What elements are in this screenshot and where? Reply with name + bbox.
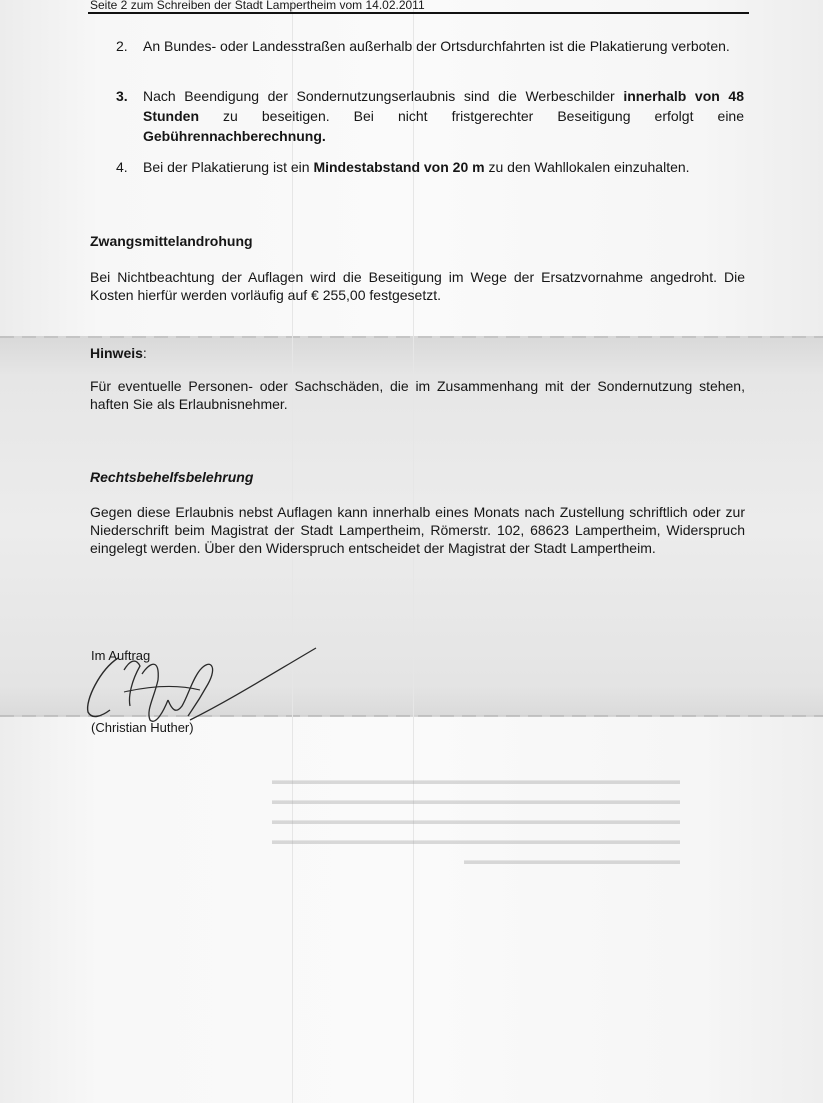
section-body-hinweis: Für eventuelle Personen- oder Sachschäde… bbox=[90, 377, 745, 413]
list-item-2: 2. An Bundes- oder Landesstraßen außerha… bbox=[116, 36, 744, 56]
section-heading-zwangsmittelandrohung: Zwangsmittelandrohung bbox=[90, 232, 253, 250]
fold-crease-upper bbox=[0, 336, 823, 338]
page-header: Seite 2 zum Schreiben der Stadt Lamperth… bbox=[90, 0, 750, 12]
item-number: 3. bbox=[116, 86, 128, 106]
item-text: Bei der Plakatierung ist ein Mindestabst… bbox=[143, 157, 744, 177]
section-heading-hinweis: Hinweis: bbox=[90, 344, 147, 362]
list-item-3: 3. Nach Beendigung der Sondernutzungserl… bbox=[116, 86, 744, 146]
section-heading-rechtsbehelfsbelehrung: Rechtsbehelfsbelehrung bbox=[90, 468, 253, 486]
signatory-name: (Christian Huther) bbox=[91, 720, 194, 736]
bleed-through-decoration: ▬▬▬▬▬▬▬▬▬▬▬▬▬▬▬▬▬▬▬▬▬▬▬▬▬▬▬▬▬▬▬▬▬▬▬▬▬▬▬▬… bbox=[70, 770, 680, 870]
item-text: An Bundes- oder Landesstraßen außerhalb … bbox=[143, 36, 744, 56]
item-number: 2. bbox=[116, 36, 128, 56]
section-body-rechtsbehelfsbelehrung: Gegen diese Erlaubnis nebst Auflagen kan… bbox=[90, 503, 745, 557]
list-item-4: 4. Bei der Plakatierung ist ein Mindesta… bbox=[116, 157, 744, 177]
section-body-zwangsmittelandrohung: Bei Nichtbeachtung der Auflagen wird die… bbox=[90, 268, 745, 304]
header-rule bbox=[88, 12, 749, 14]
item-text: Nach Beendigung der Sondernutzungserlaub… bbox=[143, 86, 744, 146]
item-number: 4. bbox=[116, 157, 128, 177]
